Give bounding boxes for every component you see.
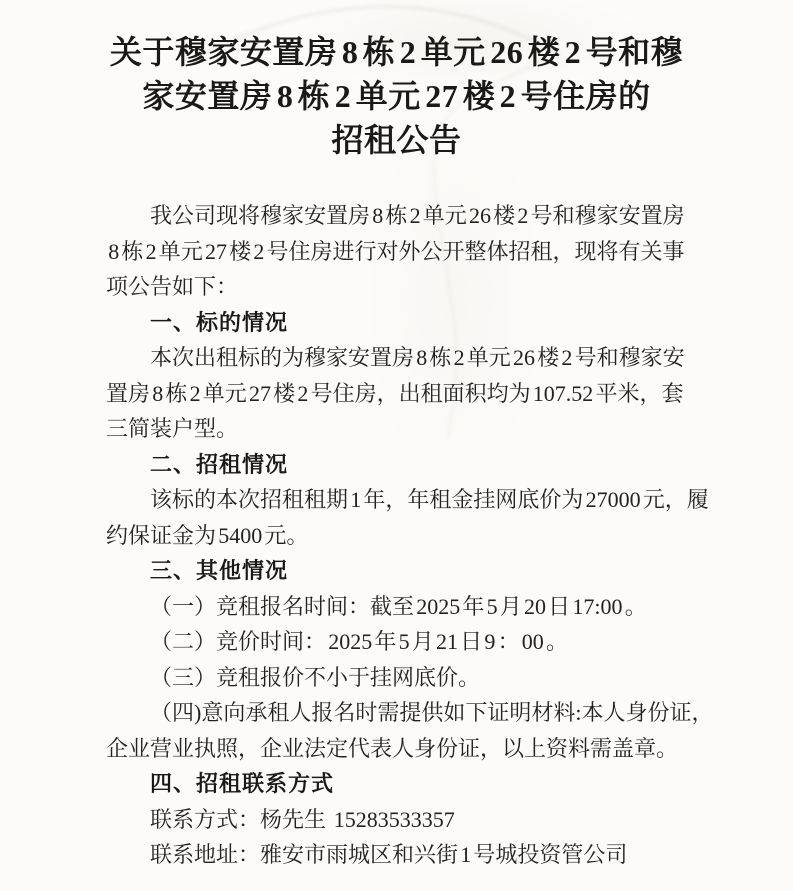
section-heading-subject: 一、标的情况 [106,305,793,341]
other-item-4-materials-1: （四)意向承租人报名时需提供如下证明材料:本人身份证， [106,695,793,731]
intro-line-1: 我公司现将穆家安置房8栋2单元26楼2号和穆家安置房 [106,198,793,234]
other-item-1-signup-deadline: （一）竞租报名时间：截至2025年5月20日17:00。 [106,589,793,625]
title-line-2: 家安置房8栋2单元27楼2号住房的 [0,74,793,118]
section-heading-other: 三、其他情况 [106,553,793,589]
announcement-body: 我公司现将穆家安置房8栋2单元26楼2号和穆家安置房 8栋2单元27楼2号住房进… [106,198,793,873]
other-item-4-materials-2: 企业营业执照，企业法定代表人身份证，以上资料需盖章。 [106,731,793,767]
leasing-line-1: 该标的本次招租租期1年，年租金挂网底价为27000元，履 [106,482,793,518]
announcement-title: 关于穆家安置房8栋2单元26楼2号和穆 家安置房8栋2单元27楼2号住房的 招租… [0,0,793,162]
leasing-line-2: 约保证金为5400元。 [106,518,793,554]
other-item-2-bidding-time: （二）竞价时间：2025年5月21日9：00。 [106,624,793,660]
title-line-1: 关于穆家安置房8栋2单元26楼2号和穆 [0,30,793,74]
title-line-3: 招租公告 [0,118,793,162]
intro-line-3: 项公告如下： [106,269,793,305]
other-item-3-min-bid: （三）竞租报价不小于挂网底价。 [106,660,793,696]
intro-line-2: 8栋2单元27楼2号住房进行对外公开整体招租，现将有关事 [106,234,793,270]
section-heading-contact: 四、招租联系方式 [106,766,793,802]
subject-line-3: 三简装户型。 [106,411,793,447]
scanned-announcement-page: 关于穆家安置房8栋2单元26楼2号和穆 家安置房8栋2单元27楼2号住房的 招租… [0,0,793,891]
contact-address-line: 联系地址：雅安市雨城区和兴街1号城投资管公司 [106,837,793,873]
contact-phone-line: 联系方式：杨先生 15283533357 [106,802,793,838]
section-heading-leasing: 二、招租情况 [106,447,793,483]
subject-line-2: 置房8栋2单元27楼2号住房，出租面积均为107.52平米，套 [106,376,793,412]
subject-line-1: 本次出租标的为穆家安置房8栋2单元26楼2号和穆家安 [106,340,793,376]
